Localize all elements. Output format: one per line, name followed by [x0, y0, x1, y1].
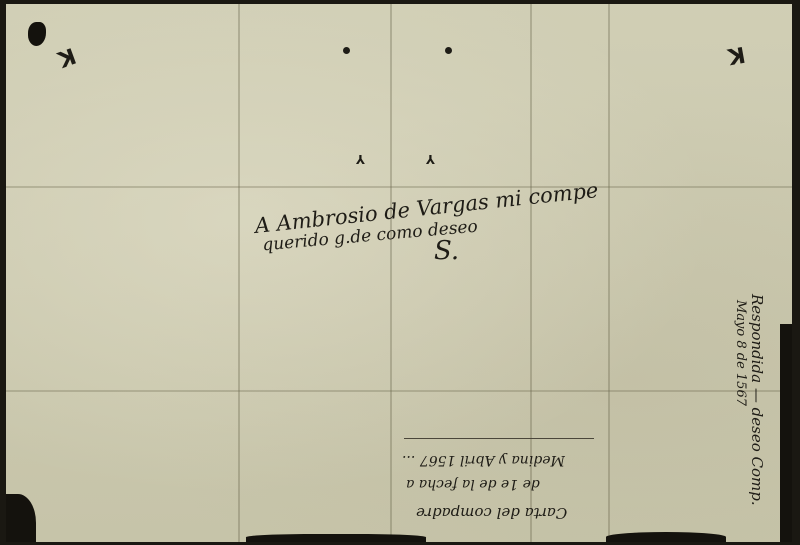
torn-edge	[246, 534, 426, 542]
divider-rule	[404, 438, 594, 439]
margin-note-line-2: Mayo 8 de 1567	[733, 300, 748, 406]
inverted-note-line-2: de 1e de la fecha a	[406, 476, 540, 492]
ink-blot	[28, 22, 46, 46]
torn-edge	[780, 324, 792, 542]
manuscript-page: K K Y Y A Ambrosio de Vargas mi compe qu…	[6, 4, 792, 542]
fold-line-vertical	[238, 4, 240, 542]
margin-note-line-1: Respondida — deseo Comp.	[748, 294, 766, 506]
fold-line-horizontal	[6, 186, 792, 188]
punch-hole	[343, 47, 350, 54]
corner-mark-top-left: K	[54, 42, 79, 71]
center-mark-left: Y	[356, 152, 365, 166]
address-flourish: S.	[434, 236, 459, 266]
punch-hole	[445, 47, 452, 54]
inverted-note-line-3: Medina y Abril 1567 ...	[402, 452, 565, 468]
fold-line-horizontal	[6, 390, 792, 392]
fold-line-vertical	[608, 4, 610, 542]
torn-edge	[606, 532, 726, 542]
corner-mark-top-right: K	[726, 41, 747, 69]
inverted-note-line-1: Carta del compadre	[416, 504, 567, 522]
center-mark-right: Y	[426, 152, 435, 166]
fold-line-vertical	[390, 4, 392, 542]
torn-edge	[6, 494, 36, 542]
